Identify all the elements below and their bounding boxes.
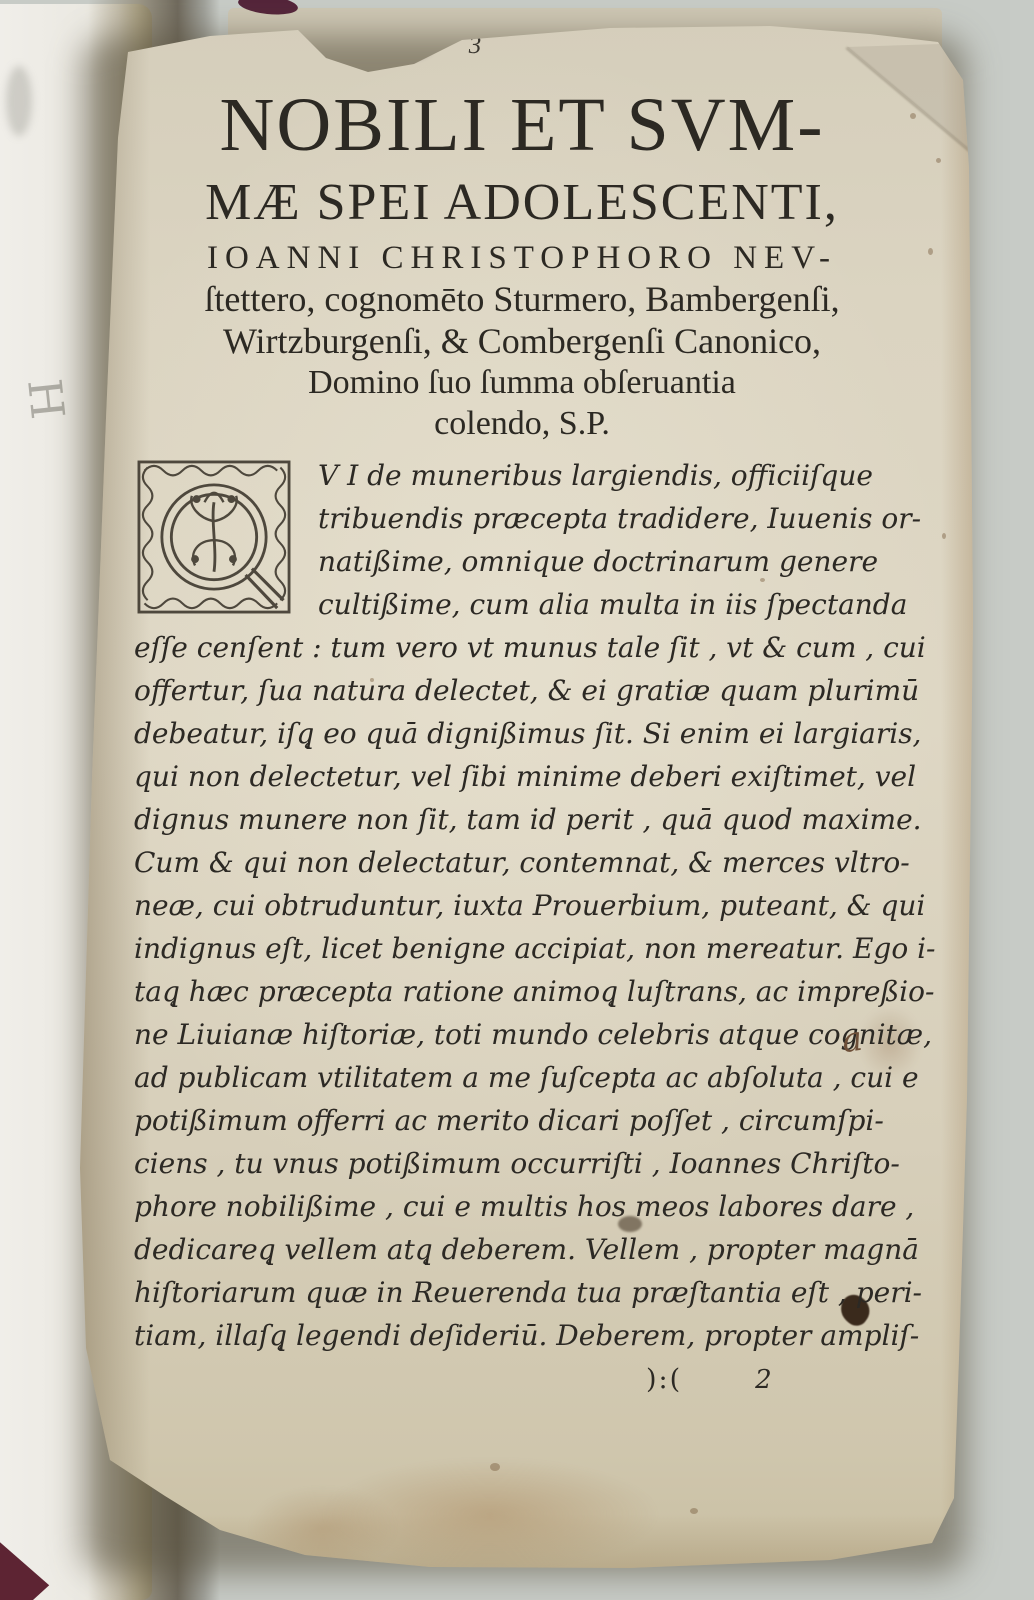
dedication-heading: NOBILI ET SVM- MÆ SPEI ADOLESCENTI, IOAN… (126, 78, 918, 444)
foxing-speck (942, 533, 946, 539)
foxing-speck (490, 1463, 500, 1471)
body-line: ad publicam vtilitatem a me ſuſcepta ac … (134, 1056, 920, 1099)
heading-line: ſtettero, cognomēto Sturmero, Bambergenſ… (126, 278, 918, 320)
body-line: hiſtoriarum quæ in Reuerenda tua præſtan… (134, 1271, 920, 1314)
body-line: ne Liuianæ hiſtoriæ, toti mundo celebris… (134, 1013, 920, 1056)
heading-line: NOBILI ET SVM- (126, 78, 918, 172)
body-line: dedicareq̨ vellem atq̨ deberem. Vellem ,… (134, 1228, 920, 1271)
body-line: potißimum offerri ac merito dicari poſſe… (134, 1099, 920, 1142)
signature-line: ):( 2 (134, 1357, 920, 1402)
printed-book-page: 3 NOBILI ET SVM- MÆ SPEI ADOLESCENTI, IO… (70, 18, 975, 1578)
body-line: dignus munere non ſit, tam id perit , qu… (134, 798, 920, 841)
foxing-speck (690, 1508, 698, 1514)
body-line: debeatur, iſq̨ eo quā dignißimus ſit. Si… (134, 712, 920, 755)
body-line: Cum & qui non delectatur, contemnat, & m… (134, 841, 920, 884)
heading-line: colendo, S.P. (126, 404, 918, 444)
body-line: eſſe cenſent : tum vero vt munus tale ſi… (134, 626, 920, 669)
heading-line: IOANNI CHRISTOPHORO NEV- (126, 238, 918, 278)
heading-line: Domino ſuo ſumma obſeruantia (126, 362, 918, 404)
fore-edge-shading (941, 18, 975, 1578)
body-line: taq̨ hæc præcepta ratione animoq̨ luſtra… (134, 970, 920, 1013)
foxing-speck (936, 158, 941, 163)
body-line: qui non delectetur, vel ſibi minime debe… (134, 755, 920, 798)
body-text: V I de muneribus largiendis, officiiſque… (134, 454, 920, 1402)
foxing-speck (928, 248, 933, 255)
photo-of-antique-book: { "photo": { "backdrop_color": "#c7cbc6"… (0, 0, 1034, 1600)
body-line: ciens , tu vnus potißimum occurriſti , I… (134, 1142, 920, 1185)
body-line: offertur, ſua natura delectet, & ei grat… (134, 669, 920, 712)
heading-line: MÆ SPEI ADOLESCENTI, (126, 172, 918, 234)
body-line: phore nobilißime , cui e multis hos meos… (134, 1185, 920, 1228)
heading-line: Wirtzburgenſi, & Combergenſi Canonico, (126, 320, 918, 362)
signature-number: 2 (755, 1365, 772, 1395)
pencil-smudge (6, 66, 32, 136)
body-line: indignus eſt, licet benigne accipiat, no… (134, 927, 920, 970)
signature-mark: ):( (646, 1364, 682, 1395)
body-line: tiam, illaſq̨ legendi deſideriū. Deberem… (134, 1314, 920, 1357)
woodcut-initial-q (134, 458, 302, 608)
body-line: neæ, cui obtruduntur, iuxta Prouerbium, … (134, 884, 920, 927)
pencil-letter-annotation: H (17, 376, 75, 422)
